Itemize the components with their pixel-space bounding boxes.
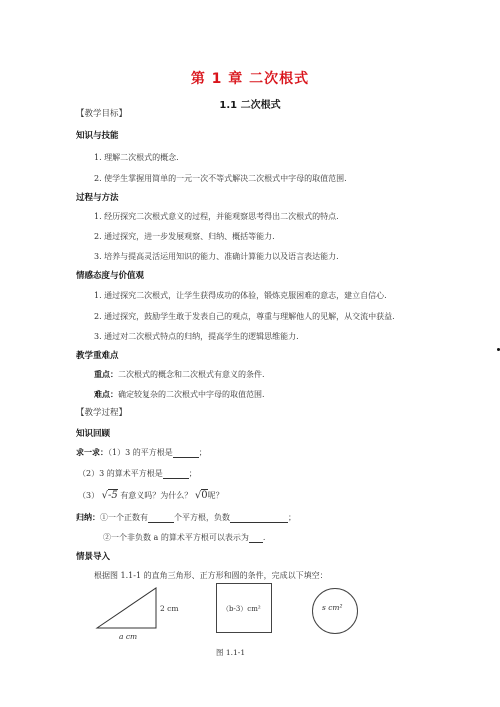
review-q3: （3） √-5 有意义吗？为什么？ √0呢？ (78, 490, 224, 501)
circle-label: s cm² (322, 603, 343, 612)
key-point-text: 二次根式的概念和二次根式有意义的条件. (118, 370, 265, 379)
attitude-item-1: 1. 通过探究二次根式，让学生获得成功的体验，锻炼克服困难的意志，建立自信心. (94, 290, 387, 301)
review-q1-text: （1）3 的平方根是 (108, 448, 173, 457)
intro-text: 根据图 1.1-1 的直角三角形、正方形和圆的条件，完成以下填空： (94, 570, 328, 581)
review-q3-end: 呢？ (208, 491, 224, 500)
review-heading: 知识回顾 (76, 427, 110, 439)
figure-caption: 图 1.1-1 (216, 647, 245, 658)
difficult-point-text: 确定较复杂的二次根式中字母的取值范围. (118, 390, 265, 399)
summary-1: 归纳：①一个正数有个平方根，负数； (76, 512, 296, 523)
right-triangle-figure (95, 585, 160, 630)
summary-1-middle: 个平方根，负数 (174, 513, 230, 522)
answer-blank[interactable] (148, 513, 174, 523)
knowledge-item-1: 1. 理解二次根式的概念. (94, 152, 179, 163)
answer-blank[interactable] (163, 469, 189, 479)
attitude-item-3: 3. 通过对二次根式特点的归纳，提高学生的逻辑思维能力. (94, 331, 299, 342)
teaching-goals-label: 【教学目标】 (76, 107, 127, 119)
summary-label: 归纳： (76, 513, 100, 522)
summary-1-end: ； (288, 513, 296, 522)
process-item-3: 3. 培养与提高灵活运用知识的能力、准确计算能力以及语言表达能力. (94, 251, 339, 262)
knowledge-skills-heading: 知识与技能 (76, 129, 119, 141)
knowledge-item-2: 2. 使学生掌握用简单的一元一次不等式解决二次根式中字母的取值范围. (94, 173, 347, 184)
key-point: 重点：二次根式的概念和二次根式有意义的条件. (94, 369, 265, 380)
review-q1-end: ； (199, 448, 207, 457)
intro-heading: 情景导入 (76, 550, 110, 562)
review-q-label: 求一求： (76, 448, 108, 457)
review-q2-end: ； (189, 469, 197, 478)
difficult-point: 难点：确定较复杂的二次根式中字母的取值范围. (94, 389, 265, 400)
answer-blank[interactable] (249, 533, 263, 543)
answer-blank[interactable] (230, 513, 288, 523)
process-item-1: 1. 经历探究二次根式意义的过程，并能观察思考得出二次根式的特点. (94, 211, 339, 222)
review-q2-text: （2）3 的算术平方根是 (78, 469, 163, 478)
process-label: 【教学过程】 (76, 406, 127, 418)
review-q3-middle: 有意义吗？为什么？ (120, 491, 192, 500)
difficult-point-label: 难点： (94, 390, 118, 399)
key-point-label: 重点： (94, 370, 118, 379)
summary-2: ②一个非负数 a 的算术平方根可以表示为. (103, 532, 265, 543)
square-label: （b-3）cm² (222, 604, 261, 614)
triangle-base-label: a cm (119, 632, 137, 641)
sqrt-radicand-1: -5 (108, 489, 118, 501)
section-title: 1.1 二次根式 (0, 96, 500, 111)
summary-2-end: . (263, 533, 266, 542)
chapter-title: 第 1 章 二次根式 (0, 68, 500, 88)
review-q2: （2）3 的算术平方根是； (78, 468, 197, 479)
attitude-item-2: 2. 通过探究，鼓励学生敢于发表自己的观点，尊重与理解他人的见解，从交流中获益. (94, 311, 395, 322)
process-methods-heading: 过程与方法 (76, 191, 119, 203)
summary-2-text: ②一个非负数 a 的算术平方根可以表示为 (103, 533, 249, 542)
key-difficult-heading: 教学重难点 (76, 349, 119, 361)
review-q1: 求一求：（1）3 的平方根是； (76, 447, 207, 458)
answer-blank[interactable] (173, 448, 199, 458)
review-q3-prefix: （3） (78, 491, 99, 500)
process-item-2: 2. 通过探究，进一步发展观察、归纳、概括等能力. (94, 231, 275, 242)
summary-1-text: ①一个正数有 (100, 513, 148, 522)
attitude-values-heading: 情感态度与价值观 (76, 269, 144, 281)
triangle-height-label: 2 cm (160, 604, 178, 613)
